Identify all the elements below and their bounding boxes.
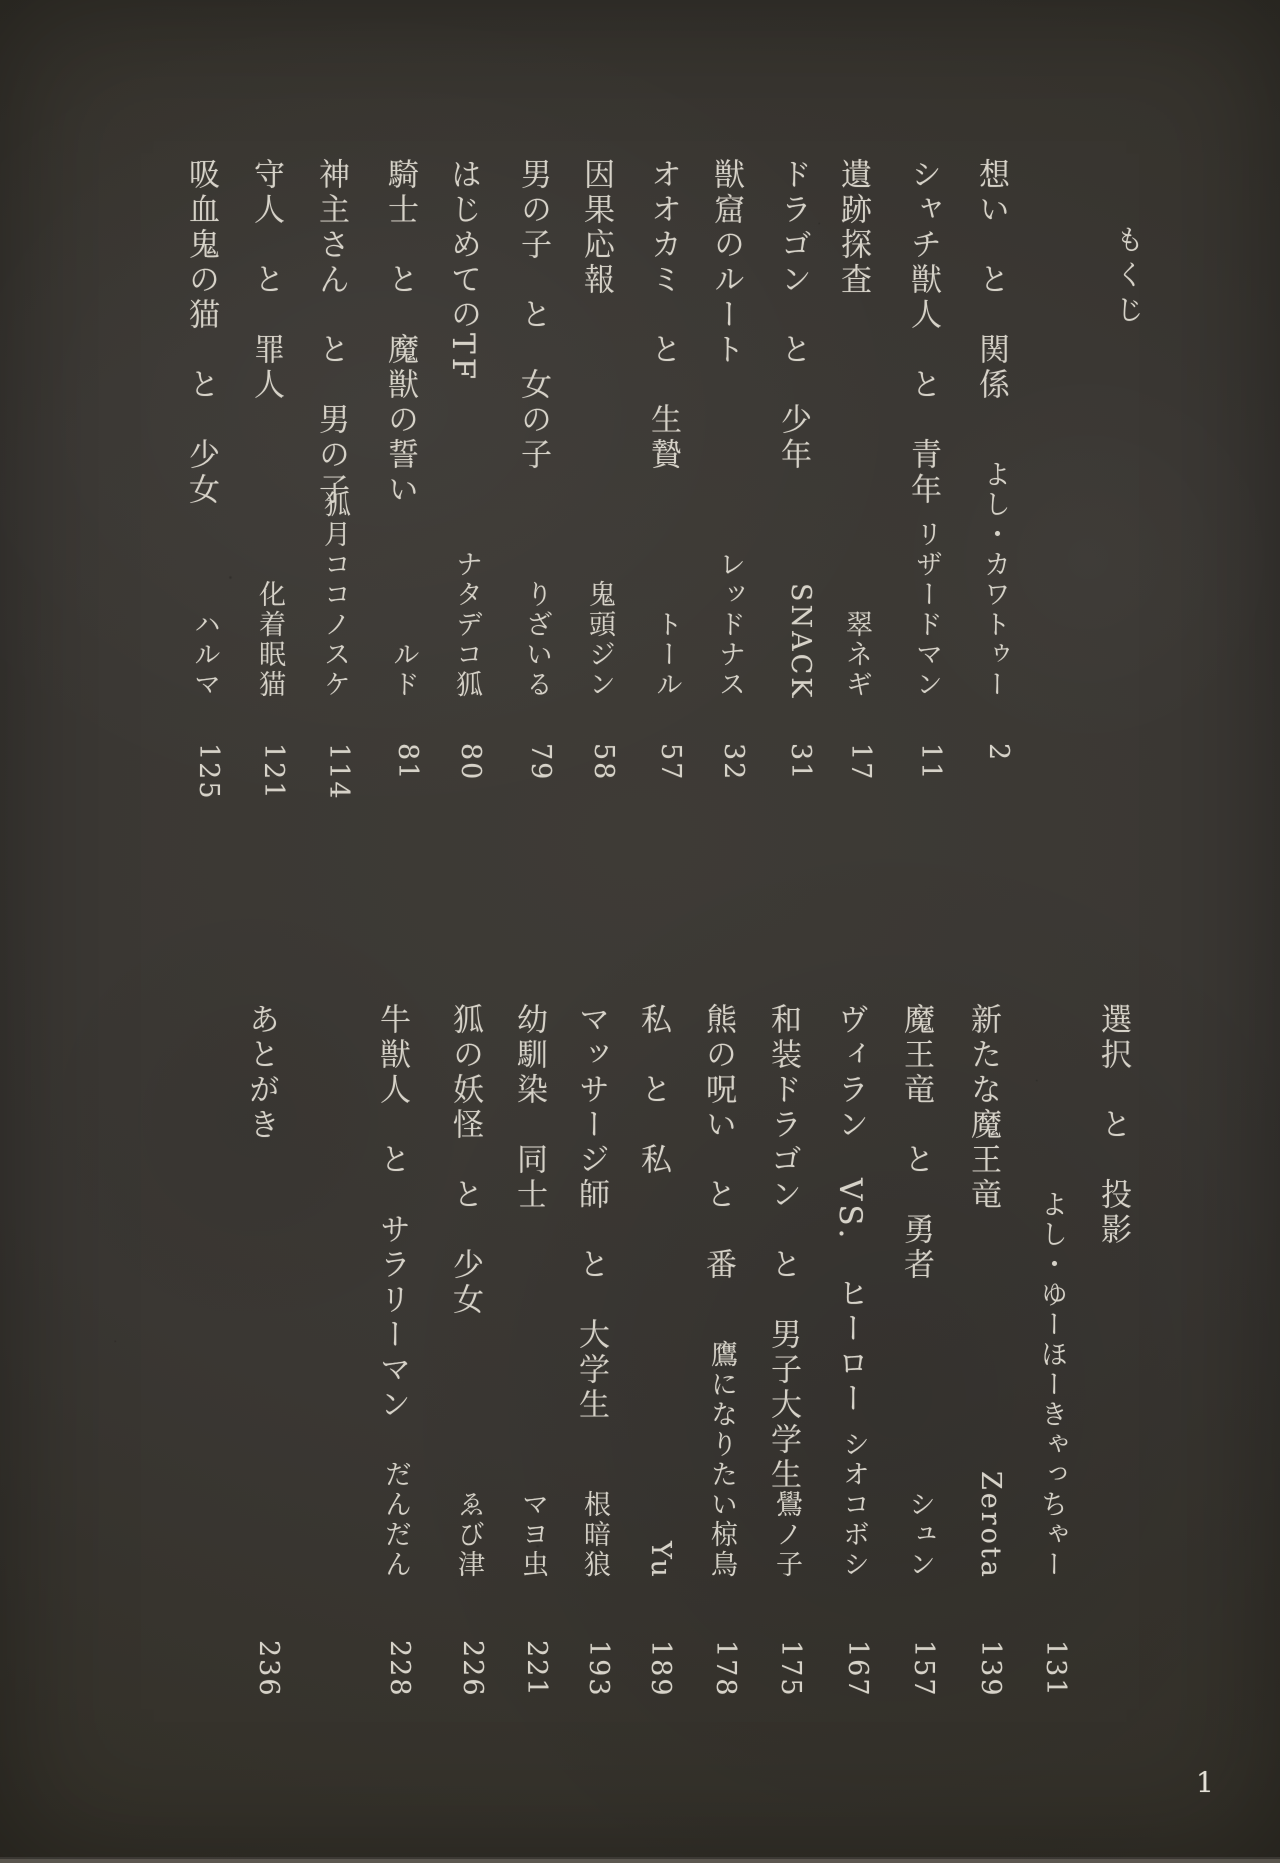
entry-title: 守人 と 罪人: [244, 158, 289, 403]
page-title: もくじ: [1108, 225, 1148, 330]
toc-entry: 新たな魔王竜 Zerota 139: [968, 1003, 1010, 1763]
entry-author: りざいる: [517, 580, 556, 700]
entry-title: 新たな魔王竜: [961, 1003, 1006, 1213]
entry-title: 熊の呪い と 番: [696, 1003, 741, 1283]
entry-page-number: 80: [455, 743, 486, 781]
entry-page-number: 2: [983, 743, 1014, 762]
entry-author: 翠ネギ: [837, 610, 876, 700]
entry-page-number: 58: [588, 743, 619, 781]
entry-title: 吸血鬼の猫 と 少女: [179, 158, 224, 508]
entry-author: ハルマ: [185, 610, 224, 700]
entry-author: だんだん: [376, 1460, 415, 1580]
entry-author: 根暗狼: [575, 1490, 614, 1580]
entry-title: オオカミ と 生贄: [641, 158, 686, 473]
entry-author: 鷽ノ子: [767, 1490, 806, 1580]
toc-entry: 遺跡探査 翠ネギ 17: [838, 158, 880, 818]
toc-entry: ドラゴン と 少年 SNACK 31: [778, 158, 820, 818]
entry-page-number: 131: [1040, 1640, 1071, 1698]
toc-entry: 吸血鬼の猫 と 少女 ハルマ 125: [186, 158, 228, 818]
entry-page-number: 125: [193, 743, 224, 801]
entry-page-number: 121: [258, 743, 289, 801]
entry-author: Zerota: [975, 1471, 1006, 1580]
entry-author: Yu: [645, 1541, 676, 1580]
entry-title: 神主さん と 男の子: [309, 158, 354, 508]
toc-entry: ヴィラン VS. ヒーロー シオコボシ 167: [835, 1003, 877, 1763]
entry-title: 想い と 関係: [969, 158, 1014, 403]
entry-page-number: 81: [392, 743, 423, 781]
entry-title: 騎士 と 魔獣の誓い: [378, 158, 423, 508]
entry-title: 牛獣人 と サラリーマン: [370, 1003, 415, 1423]
entry-author: シュン: [900, 1490, 939, 1580]
toc-header-column: もくじ: [1110, 225, 1152, 625]
toc-entry: 獣窟のルート レッドナス 32: [711, 158, 753, 818]
toc-entry: 幼馴染 同士 マヨ虫 221: [514, 1003, 556, 1763]
entry-page-number: 226: [457, 1640, 488, 1698]
entry-title: 男の子 と 女の子: [511, 158, 556, 473]
toc-entry: シャチ獣人 と 青年 リザードマン 11: [908, 158, 950, 818]
page-bottom-edge: [0, 1857, 1280, 1863]
entry-page-number: 175: [775, 1640, 806, 1698]
entry-author: 狐月ココノスケ: [315, 490, 354, 700]
entry-author: トール: [647, 610, 686, 700]
toc-entry: 牛獣人 と サラリーマン だんだん 228: [377, 1003, 419, 1763]
entry-author: 鬼頭ジン: [580, 580, 619, 700]
entry-author: レッドナス: [710, 550, 749, 700]
toc-entry: オオカミ と 生贄 トール 57: [648, 158, 690, 818]
entry-page-number: 139: [975, 1640, 1006, 1698]
toc-entry: はじめてのTF ナタデコ狐 80: [448, 158, 490, 818]
toc-entry-author-column: よし・ゆーほーきゃっちゃー 131: [1033, 1003, 1075, 1763]
entry-title: 幼馴染 同士: [507, 1003, 552, 1213]
toc-entry: 狐の妖怪 と 少女 ゑび津 226: [450, 1003, 492, 1763]
entry-title: 遺跡探査: [831, 158, 876, 298]
entry-page-number: 114: [323, 743, 354, 801]
entry-author: ルド: [384, 640, 423, 700]
entry-page-number: 17: [845, 743, 876, 781]
entry-author: シオコボシ: [834, 1430, 873, 1580]
toc-entry: 守人 と 罪人 化着眠猫 121: [251, 158, 293, 818]
entry-page-number: 167: [842, 1640, 873, 1698]
entry-author: よし・カワトゥー: [975, 460, 1014, 700]
entry-author: マヨ虫: [513, 1490, 552, 1580]
toc-entry: 神主さん と 男の子 狐月ココノスケ 114: [316, 158, 358, 818]
entry-title: シャチ獣人 と 青年: [901, 158, 946, 508]
toc-entry: 私 と 私 Yu 189: [638, 1003, 680, 1763]
entry-page-number: 236: [253, 1640, 284, 1698]
entry-author: SNACK: [785, 583, 816, 700]
entry-title: ドラゴン と 少年: [771, 158, 816, 473]
entry-page-number: 157: [908, 1640, 939, 1698]
entry-page-number: 189: [645, 1640, 676, 1698]
toc-entry: 熊の呪い と 番 鷹になりたい椋鳥 178: [703, 1003, 745, 1763]
toc-entry: 想い と 関係 よし・カワトゥー 2: [976, 158, 1018, 818]
entry-title: 魔王竜 と 勇者: [894, 1003, 939, 1283]
entry-page-number: 32: [718, 743, 749, 781]
entry-author: 鷹になりたい椋鳥: [702, 1340, 741, 1580]
entry-title: 因果応報: [574, 158, 619, 298]
toc-entry-afterword: あとがき 236: [246, 1003, 288, 1763]
entry-title: マッサージ師 と 大学生: [569, 1003, 614, 1423]
entry-title: はじめてのTF: [441, 158, 486, 383]
entry-title: 私 と 私: [631, 1003, 676, 1178]
entry-title: 獣窟のルート: [704, 158, 749, 368]
entry-title: あとがき: [239, 1003, 284, 1143]
entry-page-number: 31: [785, 743, 816, 781]
entry-author: よし・ゆーほーきゃっちゃー: [1032, 1190, 1071, 1580]
toc-entry: 魔王竜 と 勇者 シュン 157: [901, 1003, 943, 1763]
entry-author: ナタデコ狐: [447, 550, 486, 700]
entry-title: ヴィラン VS. ヒーロー: [828, 1003, 873, 1417]
toc-page: もくじ 想い と 関係 よし・カワトゥー 2 シャチ獣人 と 青年 リザードマン…: [0, 0, 1280, 1863]
entry-page-number: 79: [525, 743, 556, 781]
entry-page-number: 11: [915, 743, 946, 781]
entry-page-number: 221: [521, 1640, 552, 1698]
entry-author: ゑび津: [449, 1490, 488, 1580]
entry-page-number: 178: [710, 1640, 741, 1698]
entry-author: 化着眠猫: [250, 580, 289, 700]
entry-title: 和装ドラゴン と 男子大学生: [761, 1003, 806, 1493]
entry-author: リザードマン: [907, 520, 946, 700]
toc-entry: 騎士 と 魔獣の誓い ルド 81: [385, 158, 427, 818]
toc-entry: 因果応報 鬼頭ジン 58: [581, 158, 623, 818]
toc-entry: マッサージ師 と 大学生 根暗狼 193: [576, 1003, 618, 1763]
entry-title: 狐の妖怪 と 少女: [443, 1003, 488, 1318]
folio-page-number: 1: [1196, 1766, 1214, 1799]
entry-page-number: 193: [583, 1640, 614, 1698]
entry-title: 選択 と 投影: [1091, 1003, 1136, 1248]
toc-entry: 男の子 と 女の子 りざいる 79: [518, 158, 560, 818]
entry-page-number: 57: [655, 743, 686, 781]
toc-entry: 選択 と 投影: [1098, 1003, 1140, 1763]
entry-page-number: 228: [384, 1640, 415, 1698]
toc-entry: 和装ドラゴン と 男子大学生 鷽ノ子 175: [768, 1003, 810, 1763]
